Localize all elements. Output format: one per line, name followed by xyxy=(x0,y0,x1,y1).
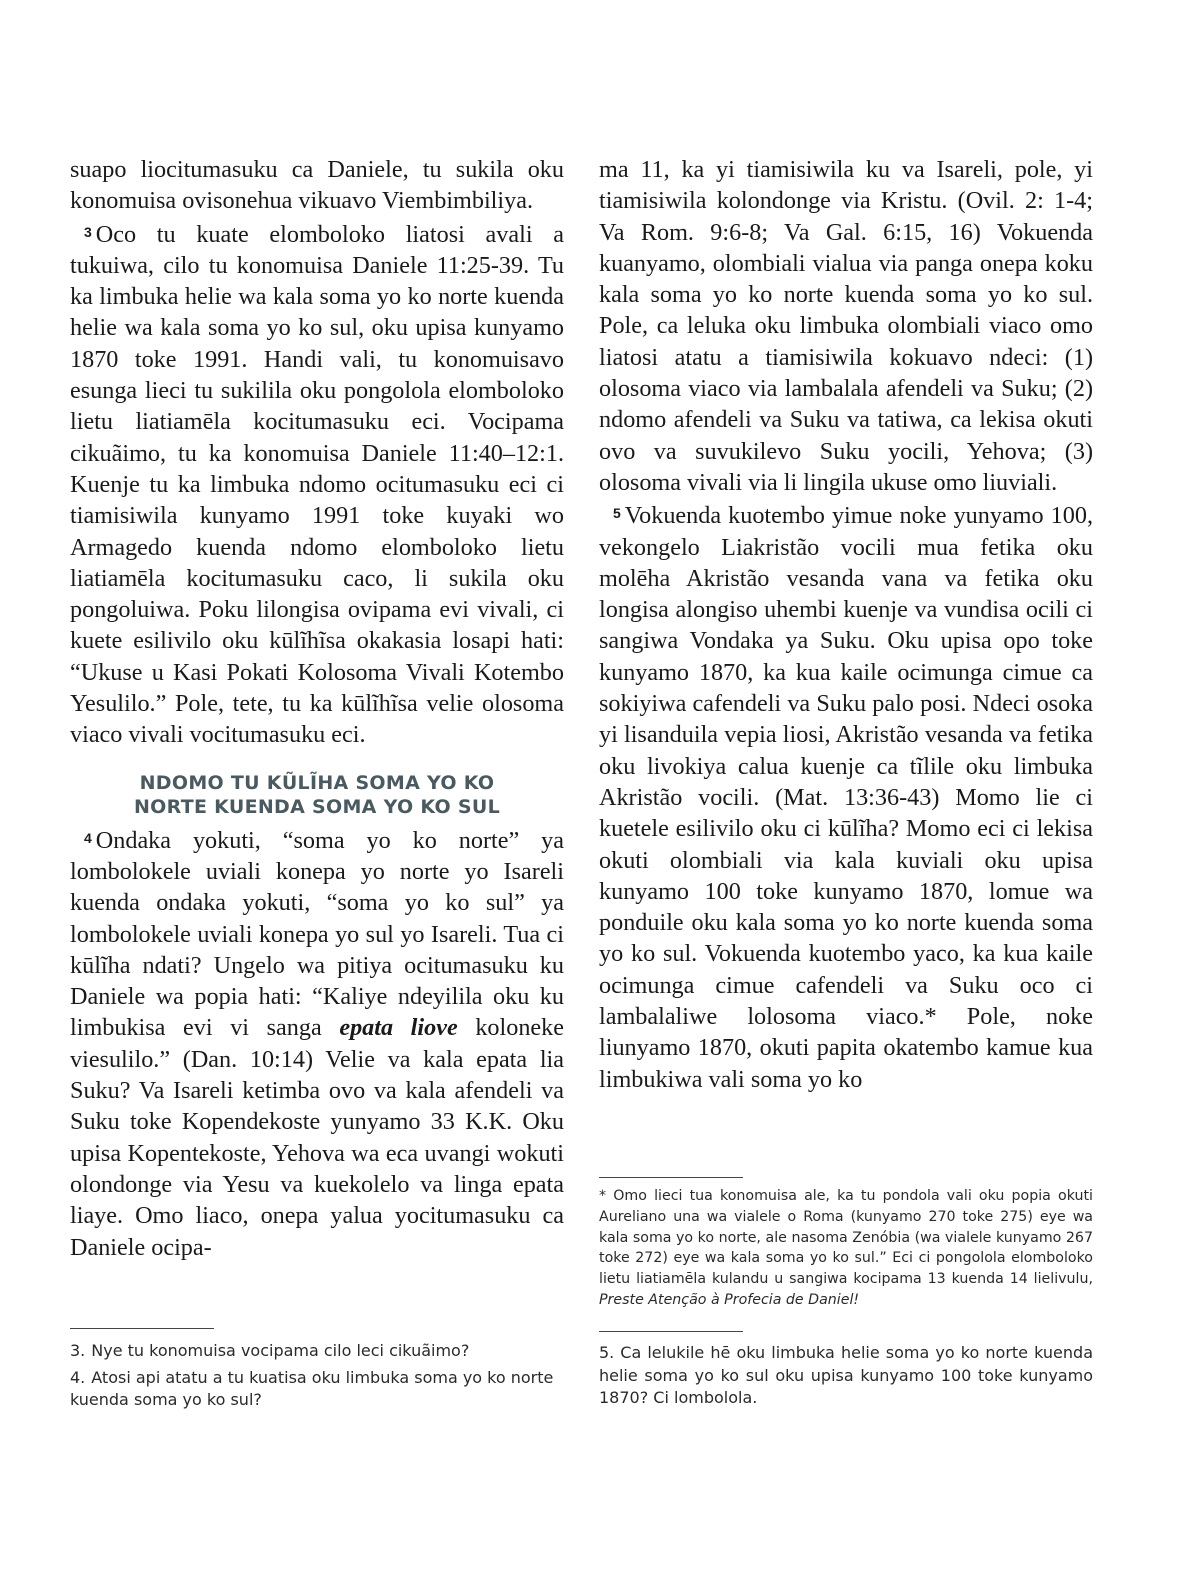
section-heading: NDOMO TU KŨLĨHA SOMA YO KO NORTE KUENDA … xyxy=(70,771,564,819)
right-column: ma 11, ka yi tiamisiwila ku va Isareli, … xyxy=(599,154,1093,1095)
paragraph-text: Ondaka yokuti, “soma yo ko norte” ya lom… xyxy=(70,827,564,1042)
paragraph-4-continued: ma 11, ka yi tiamisiwila ku va Isareli, … xyxy=(599,154,1093,498)
section-heading-line-1: NDOMO TU KŨLĨHA SOMA YO KO xyxy=(70,771,564,795)
left-column: suapo liocitumasuku ca Daniele, tu sukil… xyxy=(70,154,564,1263)
footnote-body: * Omo lieci tua konomuisa ale, ka tu pon… xyxy=(599,1188,1093,1287)
question-number: 4. xyxy=(70,1368,85,1387)
footnote: * Omo lieci tua konomuisa ale, ka tu pon… xyxy=(599,1186,1093,1311)
question-text: Ca lelukile hē oku limbuka helie soma yo… xyxy=(599,1343,1093,1407)
question-number: 3. xyxy=(70,1341,85,1360)
paragraph-number: 3 xyxy=(84,224,92,240)
paragraph-continued: suapo liocitumasuku ca Daniele, tu sukil… xyxy=(70,154,564,217)
paragraph-4: 4Ondaka yokuti, “soma yo ko norte” ya lo… xyxy=(70,823,564,1263)
divider xyxy=(70,1328,214,1329)
paragraph-text: koloneke viesulilo.” (Dan. 10:14) Velie … xyxy=(70,1014,564,1260)
question-text: Atosi api atatu a tu kuatisa oku limbuka… xyxy=(70,1368,553,1410)
study-question: 5.Ca lelukile hē oku limbuka helie soma … xyxy=(599,1342,1093,1410)
study-question: 3.Nye tu konomuisa vocipama cilo leci ci… xyxy=(70,1340,564,1363)
book-title: Preste Atenção à Profecia de Daniel! xyxy=(599,1292,859,1308)
paragraph-text: Vokuenda kuotembo yimue noke yunyamo 100… xyxy=(599,502,1093,1092)
paragraph-5: 5Vokuenda kuotembo yimue noke yunyamo 10… xyxy=(599,498,1093,1095)
footnote-divider xyxy=(599,1177,743,1178)
footnote-text: * Omo lieci tua konomuisa ale, ka tu pon… xyxy=(599,1186,1093,1311)
divider xyxy=(599,1331,743,1332)
study-question: 4.Atosi api atatu a tu kuatisa oku limbu… xyxy=(70,1367,564,1412)
paragraph-3: 3Oco tu kuate elomboloko liatosi avali a… xyxy=(70,217,564,751)
study-questions-left: 3.Nye tu konomuisa vocipama cilo leci ci… xyxy=(70,1340,564,1416)
question-number: 5. xyxy=(599,1343,614,1362)
paragraph-number: 5 xyxy=(613,505,621,521)
paragraph-text: Oco tu kuate elomboloko liatosi avali a … xyxy=(70,221,564,749)
study-questions-right: 5.Ca lelukile hē oku limbuka helie soma … xyxy=(599,1342,1093,1414)
paragraph-number: 4 xyxy=(84,830,92,846)
question-text: Nye tu konomuisa vocipama cilo leci ciku… xyxy=(91,1341,469,1360)
emphasized-text: epata liove xyxy=(339,1014,457,1041)
section-heading-line-2: NORTE KUENDA SOMA YO KO SUL xyxy=(70,795,564,819)
